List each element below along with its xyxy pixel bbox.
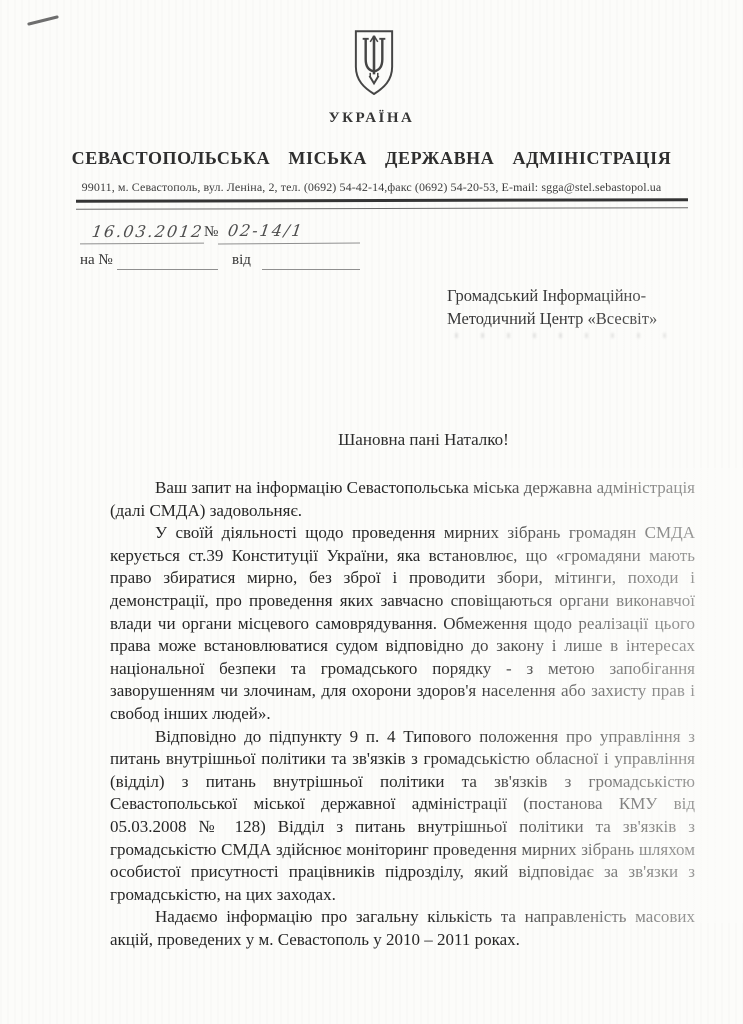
reply-to-underline bbox=[117, 269, 218, 270]
paragraph-1: Ваш запит на інформацію Севастопольська … bbox=[110, 477, 695, 522]
paragraph-4: Надаємо інформацію про загальну кількіст… bbox=[110, 906, 695, 951]
recipient-line-1: Громадський Інформаційно- bbox=[447, 284, 707, 307]
reply-from-label: від bbox=[232, 252, 251, 269]
handwritten-date: 16.03.2012 bbox=[91, 222, 205, 241]
number-sign: № bbox=[204, 224, 218, 241]
ukraine-trident-emblem bbox=[351, 29, 397, 97]
number-underline bbox=[218, 243, 360, 245]
country-title: УКРАЇНА bbox=[0, 110, 743, 127]
paragraph-3: Відповідно до підпункту 9 п. 4 Типового … bbox=[110, 726, 695, 907]
letter-body: Ваш запит на інформацію Севастопольська … bbox=[110, 477, 695, 951]
erased-recipient-line bbox=[455, 333, 670, 338]
scanned-letter-page: УКРАЇНА СЕВАСТОПОЛЬСЬКА МІСЬКА ДЕРЖАВНА … bbox=[0, 0, 743, 1024]
salutation: Шановна пані Наталко! bbox=[110, 430, 695, 450]
date-underline bbox=[80, 243, 204, 245]
handwritten-number: 02-14/1 bbox=[227, 221, 305, 240]
organization-name: СЕВАСТОПОЛЬСЬКА МІСЬКА ДЕРЖАВНА АДМІНІСТ… bbox=[0, 148, 743, 169]
reply-from-underline bbox=[262, 269, 360, 270]
paragraph-2: У своїй діяльності щодо проведення мирни… bbox=[110, 522, 695, 725]
pen-stroke-mark bbox=[27, 15, 59, 26]
reply-to-label: на № bbox=[80, 252, 113, 269]
address-line: 99011, м. Севастополь, вул. Леніна, 2, т… bbox=[0, 180, 743, 195]
recipient-line-2: Методичний Центр «Всесвіт» bbox=[447, 307, 707, 330]
recipient-block: Громадський Інформаційно- Методичний Цен… bbox=[447, 284, 707, 330]
header-divider bbox=[76, 198, 688, 210]
